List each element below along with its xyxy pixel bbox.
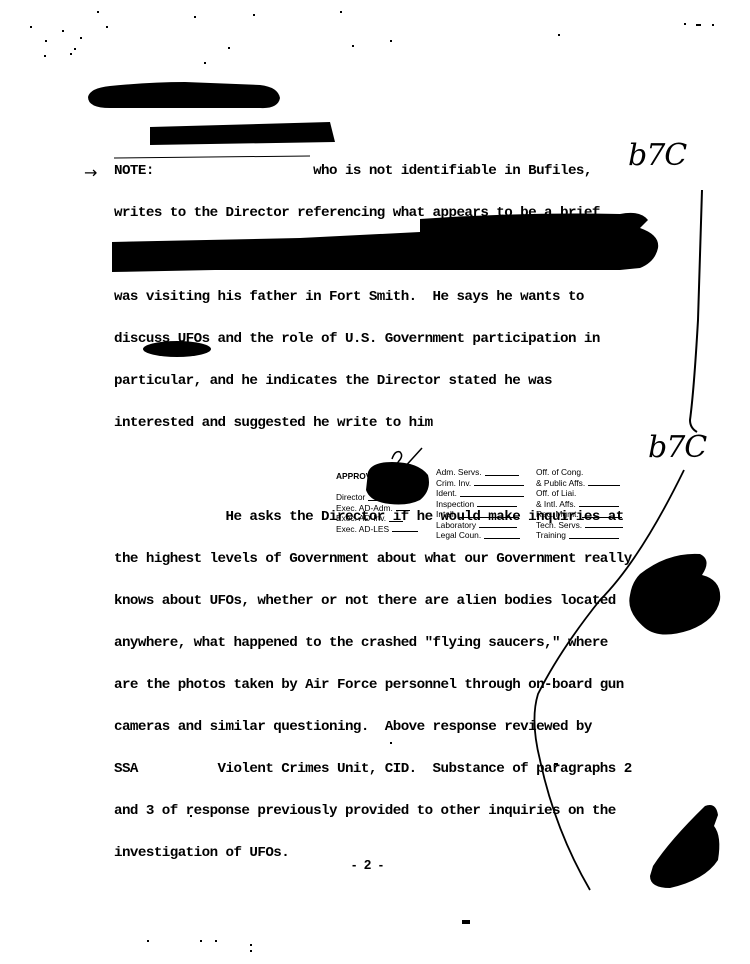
routing-entry: Exec. AD-LES <box>336 524 389 535</box>
note-line: NOTE: who is not identifiable in Bufiles… <box>114 164 654 178</box>
handwritten-exemption-right: b7C <box>648 430 706 465</box>
document-page: → NOTE: who is not identifiable in Bufil… <box>0 0 750 964</box>
routing-entry: Ident. <box>436 488 457 499</box>
routing-entry: Tech. Servs. <box>536 520 582 531</box>
page-number: - 2 - <box>352 857 385 872</box>
routing-entry: Inspection <box>436 499 474 510</box>
note-line: knows about UFOs, whether or not there a… <box>114 594 654 608</box>
note-line: and 3 of response previously provided to… <box>114 804 654 818</box>
handwritten-exemption-top: b7C <box>628 138 686 173</box>
routing-entry: Legal Coun. <box>436 530 481 541</box>
routing-entry: Training <box>536 530 566 541</box>
routing-entry: Off. of Cong. <box>536 467 583 478</box>
routing-entry: Adm. Servs. <box>436 467 482 478</box>
routing-entry: Laboratory <box>436 520 476 531</box>
routing-entry: & Public Affs. <box>536 478 585 489</box>
note-line: phone conversation he had with the Direc… <box>114 248 654 262</box>
note-line: writes to the Director referencing what … <box>114 206 654 220</box>
routing-entry: Rec. Mgmt. <box>536 509 579 520</box>
note-line: particular, and he indicates the Directo… <box>114 374 654 388</box>
routing-entry: Crim. Inv. <box>436 478 471 489</box>
routing-right-column: Off. of Cong. & Public Affs. Off. of Lia… <box>536 467 623 541</box>
note-line: anywhere, what happened to the crashed "… <box>114 636 654 650</box>
routing-entry: Off. of Liai. <box>536 488 576 499</box>
routing-middle-column: Adm. Servs. Crim. Inv. Ident. Inspection… <box>436 467 524 541</box>
margin-arrow: → <box>84 163 97 182</box>
routing-entry: & Intl. Affs. <box>536 499 576 510</box>
routing-entry: Director <box>336 492 365 503</box>
routing-entry: Intell. <box>436 509 456 520</box>
note-line: was visiting his father in Fort Smith. H… <box>114 290 654 304</box>
routing-entry: Exec. AD-Inv. <box>336 513 386 524</box>
routing-left-column: APPROVED: Director Exec. AD-Adm. Exec. A… <box>336 471 418 534</box>
note-line: interested and suggested he write to him <box>114 416 654 430</box>
routing-entry: Exec. AD-Adm. <box>336 503 393 514</box>
note-line: cameras and similar questioning. Above r… <box>114 720 654 734</box>
note-line: are the photos taken by Air Force person… <box>114 678 654 692</box>
approved-label: APPROVED: <box>336 471 418 482</box>
note-line: discuss UFOs and the role of U.S. Govern… <box>114 332 654 346</box>
note-line: the highest levels of Government about w… <box>114 552 654 566</box>
note-line: SSA Violent Crimes Unit, CID. Substance … <box>114 762 654 776</box>
